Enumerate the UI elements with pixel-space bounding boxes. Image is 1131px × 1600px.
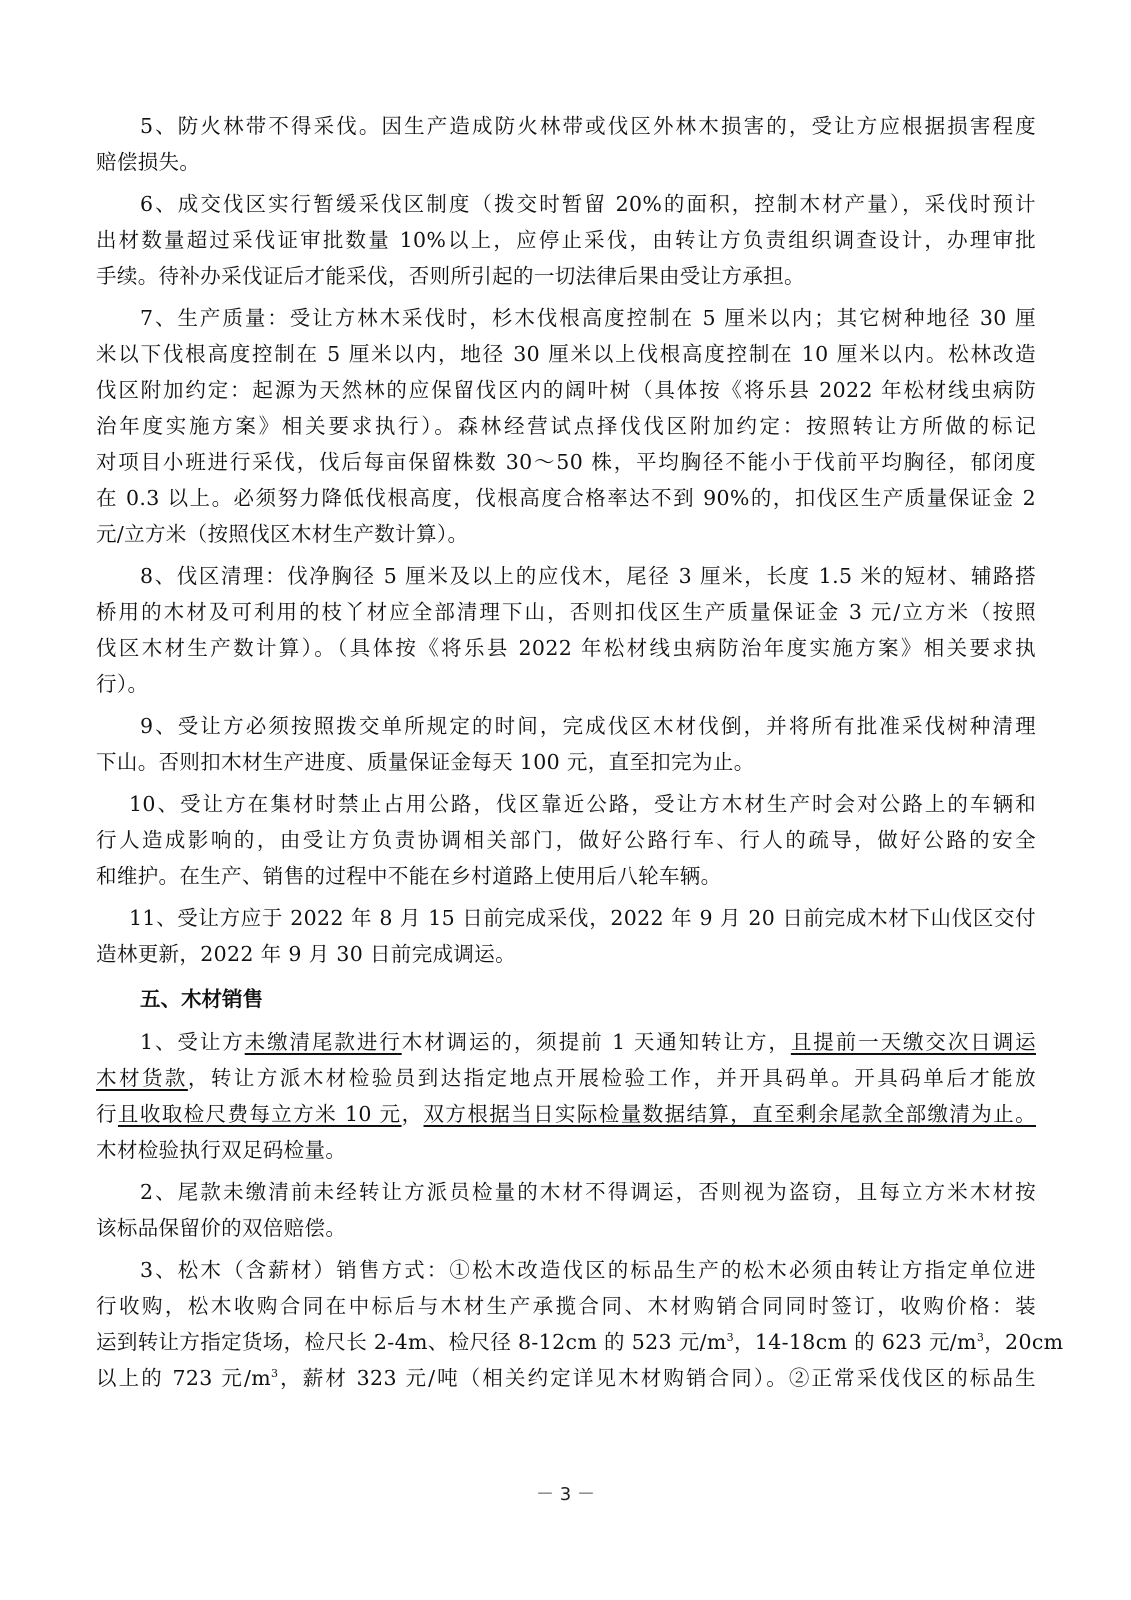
text-segment: 行 [96, 1102, 118, 1126]
clause-line: 行收购，松木收购合同在中标后与木材生产承揽合同、木材购销合同同时签订，收购价格：… [96, 1288, 1036, 1324]
clause-line: 11、受让方应于 2022 年 8 月 15 日前完成采伐，2022 年 9 月… [96, 900, 1036, 936]
section-heading-timber-sales: 五、木材销售 [96, 978, 1036, 1020]
clause-9: 9、受让方必须按照拨交单所规定的时间，完成伐区木材伐倒，并将所有批准采伐树种清理… [96, 708, 1036, 780]
text-segment: ，转让方派木材检验员到达指定地点开展检验工作，并开具码单。开具码单后才能放 [188, 1066, 1036, 1090]
underlined-text: 双方根据当日实际检量数据结算，直至剩余尾款全部缴清为止。 [424, 1102, 1036, 1126]
clause-6: 6、成交伐区实行暂缓采伐区制度（拨交时暂留 20%的面积，控制木材产量），采伐时… [96, 186, 1036, 294]
clause-line: 伐区木材生产数计算）。（具体按《将乐县 2022 年松材线虫病防治年度实施方案》… [96, 630, 1036, 666]
text-segment: ， [402, 1102, 424, 1126]
clause-7: 7、生产质量：受让方林木采伐时，杉木伐根高度控制在 5 厘米以内；其它树种地径 … [96, 300, 1036, 552]
clause-line: 以上的 723 元/m3，薪材 323 元/吨（相关约定详见木材购销合同）。②正… [96, 1360, 1036, 1396]
clause-line: 行且收取检尺费每立方米 10 元，双方根据当日实际检量数据结算，直至剩余尾款全部… [96, 1096, 1036, 1132]
clause-line: 造林更新，2022 年 9 月 30 日前完成调运。 [96, 936, 1036, 972]
underlined-text: 且收取检尺费每立方米 10 元 [118, 1102, 402, 1126]
clause-line: 对项目小班进行采伐，伐后每亩保留株数 30～50 株，平均胸径不能小于伐前平均胸… [96, 444, 1036, 480]
underlined-text: 木材货款 [96, 1066, 188, 1090]
sales-clause-1: 1、受让方未缴清尾款进行木材调运的，须提前 1 天通知转让方，且提前一天缴交次日… [96, 1024, 1036, 1168]
clause-line: 下山。否则扣木材生产进度、质量保证金每天 100 元，直至扣完为止。 [96, 744, 1036, 780]
text-segment: ，薪材 323 元/吨（相关约定详见木材购销合同）。②正常采伐伐区的标品生 [278, 1366, 1036, 1390]
clause-line: 1、受让方未缴清尾款进行木材调运的，须提前 1 天通知转让方，且提前一天缴交次日… [96, 1024, 1036, 1060]
clause-11: 11、受让方应于 2022 年 8 月 15 日前完成采伐，2022 年 9 月… [96, 900, 1036, 972]
clause-line: 元/立方米（按照伐区木材生产数计算）。 [96, 516, 1036, 552]
text-segment: ，14-18cm 的 623 元/m [734, 1330, 977, 1354]
clause-line: 该标品保留价的双倍赔偿。 [96, 1210, 1036, 1246]
clause-line: 伐区附加约定：起源为天然林的应保留伐区内的阔叶树（具体按《将乐县 2022 年松… [96, 372, 1036, 408]
clause-line: 桥用的木材及可利用的枝丫材应全部清理下山，否则扣伐区生产质量保证金 3 元/立方… [96, 594, 1036, 630]
clause-line: 3、松木（含薪材）销售方式：①松木改造伐区的标品生产的松木必须由转让方指定单位进 [96, 1252, 1036, 1288]
underlined-text: 且提前一天缴交次日调运 [791, 1030, 1036, 1054]
clause-line: 赔偿损失。 [96, 144, 1036, 180]
clause-line: 9、受让方必须按照拨交单所规定的时间，完成伐区木材伐倒，并将所有批准采伐树种清理 [96, 708, 1036, 744]
clause-line: 木材货款，转让方派木材检验员到达指定地点开展检验工作，并开具码单。开具码单后才能… [96, 1060, 1036, 1096]
clause-line: 出材数量超过采伐证审批数量 10%以上，应停止采伐，由转让方负责组织调查设计，办… [96, 222, 1036, 258]
underlined-text: 未缴清尾款进行 [245, 1030, 402, 1054]
superscript: 3 [727, 1331, 734, 1344]
clause-line: 7、生产质量：受让方林木采伐时，杉木伐根高度控制在 5 厘米以内；其它树种地径 … [96, 300, 1036, 336]
text-segment: 1、受让方 [140, 1030, 245, 1054]
clause-line: 10、受让方在集材时禁止占用公路，伐区靠近公路，受让方木材生产时会对公路上的车辆… [96, 786, 1036, 822]
clause-5: 5、防火林带不得采伐。因生产造成防火林带或伐区外林木损害的，受让方应根据损害程度… [96, 108, 1036, 180]
clause-line: 在 0.3 以上。必须努力降低伐根高度，伐根高度合格率达不到 90%的，扣伐区生… [96, 480, 1036, 516]
clause-line: 8、伐区清理：伐净胸径 5 厘米及以上的应伐木，尾径 3 厘米，长度 1.5 米… [96, 558, 1036, 594]
document-page: 5、防火林带不得采伐。因生产造成防火林带或伐区外林木损害的，受让方应根据损害程度… [0, 0, 1131, 1600]
clause-line: 6、成交伐区实行暂缓采伐区制度（拨交时暂留 20%的面积，控制木材产量），采伐时… [96, 186, 1036, 222]
sales-clause-3: 3、松木（含薪材）销售方式：①松木改造伐区的标品生产的松木必须由转让方指定单位进… [96, 1252, 1036, 1396]
clause-line: 行人造成影响的，由受让方负责协调相关部门，做好公路行车、行人的疏导，做好公路的安… [96, 822, 1036, 858]
document-body: 5、防火林带不得采伐。因生产造成防火林带或伐区外林木损害的，受让方应根据损害程度… [96, 108, 1036, 1402]
clause-line: 米以下伐根高度控制在 5 厘米以内，地径 30 厘米以上伐根高度控制在 10 厘… [96, 336, 1036, 372]
clause-8: 8、伐区清理：伐净胸径 5 厘米及以上的应伐木，尾径 3 厘米，长度 1.5 米… [96, 558, 1036, 702]
text-segment: 运到转让方指定货场，检尺长 2-4m、检尺径 8-12cm 的 523 元/m [96, 1330, 727, 1354]
clause-line: 木材检验执行双足码检量。 [96, 1132, 1036, 1168]
clause-line: 运到转让方指定货场，检尺长 2-4m、检尺径 8-12cm 的 523 元/m3… [96, 1324, 1036, 1360]
text-segment: 以上的 723 元/m [96, 1366, 271, 1390]
clause-line: 手续。待补办采伐证后才能采伐，否则所引起的一切法律后果由受让方承担。 [96, 258, 1036, 294]
text-segment: 木材调运的，须提前 1 天通知转让方， [402, 1030, 791, 1054]
clause-line: 治年度实施方案》相关要求执行）。森林经营试点择伐伐区附加约定：按照转让方所做的标… [96, 408, 1036, 444]
text-segment: ，20cm [984, 1330, 1063, 1354]
clause-line: 5、防火林带不得采伐。因生产造成防火林带或伐区外林木损害的，受让方应根据损害程度 [96, 108, 1036, 144]
clause-line: 和维护。在生产、销售的过程中不能在乡村道路上使用后八轮车辆。 [96, 858, 1036, 894]
clause-line: 行）。 [96, 666, 1036, 702]
clause-10: 10、受让方在集材时禁止占用公路，伐区靠近公路，受让方木材生产时会对公路上的车辆… [96, 786, 1036, 894]
clause-line: 2、尾款未缴清前未经转让方派员检量的木材不得调运，否则视为盗窃，且每立方米木材按 [96, 1174, 1036, 1210]
sales-clause-2: 2、尾款未缴清前未经转让方派员检量的木材不得调运，否则视为盗窃，且每立方米木材按… [96, 1174, 1036, 1246]
page-number: － 3 － [0, 1480, 1131, 1506]
